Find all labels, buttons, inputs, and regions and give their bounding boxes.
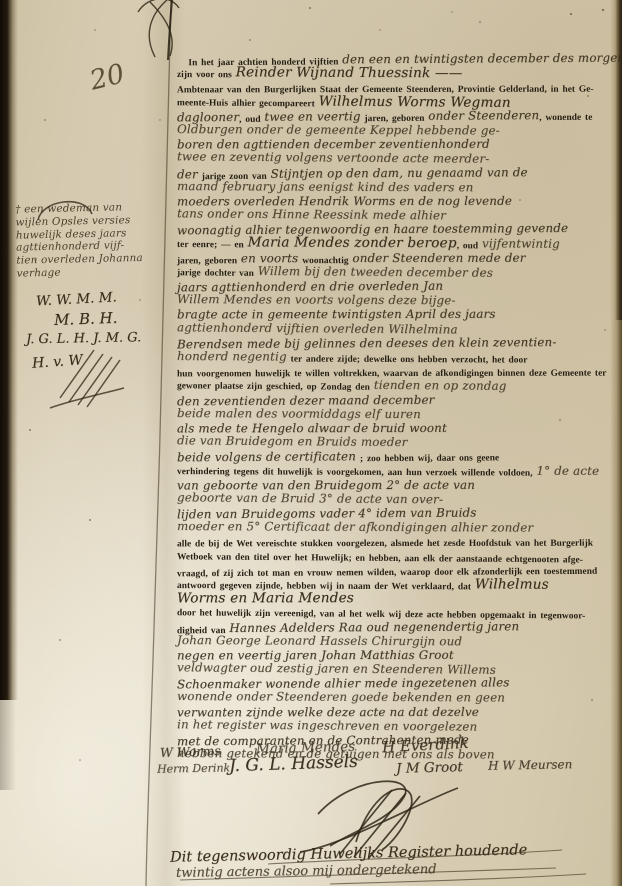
- binding-edge: [0, 0, 18, 700]
- page-right-edge-dark: [615, 0, 622, 320]
- handwritten-text: honderd negentig: [177, 349, 291, 363]
- signature: Herm Derink: [157, 761, 230, 775]
- handwritten-text: agttienhonderd vijftien overleden Wilhel…: [177, 320, 458, 336]
- folio-number: 20: [87, 58, 128, 96]
- act-line: maand february jans eenigst kind des vad…: [177, 178, 614, 194]
- act-line: alle de bij de Wet vereischte stukken vo…: [177, 533, 614, 548]
- handwritten-text: den een en twintigsten december des morg…: [342, 50, 622, 66]
- act-line: honderd negentig ter andere zijde; dewel…: [177, 348, 614, 364]
- document-page: 20 † een wedeman vanwijlen Opsles versie…: [0, 0, 622, 886]
- act-line: bragte acte in gemeente twintigsten Apri…: [177, 306, 614, 321]
- signature: J M Groot: [396, 759, 463, 777]
- act-lines: In het jaar achtien honderd vijftien den…: [177, 51, 614, 760]
- binding-edge-fade: [0, 700, 16, 790]
- closing-note-line2: twintig actens alsoo mij ondergetekend: [176, 862, 437, 881]
- handwritten-text: wonende onder Steenderen goede bekenden …: [177, 689, 505, 704]
- act-line: ter eenre; — en Maria Mendes zonder bero…: [177, 234, 614, 250]
- act-line: wonende onder Steenderen goede bekenden …: [177, 688, 614, 704]
- handwritten-text: die van Bruidegom en Bruids moeder: [177, 433, 408, 449]
- printed-text: meente-Huis alhier gecompareert: [177, 98, 319, 109]
- printed-text: jarige dochter van: [177, 268, 258, 279]
- printed-text: ter eenre; — en: [177, 240, 248, 250]
- act-line: verhindering tegens dit huwelijk is voor…: [177, 461, 614, 477]
- signature: W Worms: [160, 743, 221, 760]
- handwritten-text: twee en zeventig volgens vertoonde acte …: [177, 150, 489, 166]
- margin-annotation: † een wedeman vanwijlen Opsles versieshu…: [15, 200, 169, 280]
- handwritten-text: beide malen des voormiddags elf uuren: [177, 406, 421, 421]
- closing-note-line1: Dit tegenswoordig Huwelijks Register hou…: [170, 842, 527, 865]
- act-line: beide malen des voormiddags elf uuren: [177, 405, 614, 421]
- handwritten-text: onder Steenderen: [428, 108, 539, 123]
- printed-text: , wonende te: [539, 113, 592, 123]
- act-line: Oldburgen onder de gemeente Keppel hebbe…: [177, 121, 614, 137]
- handwritten-text: maand february jans eenigst kind des vad…: [177, 179, 474, 194]
- signature: J. G. L. Hassels: [229, 752, 358, 776]
- act-line: Ambtenaar van den Burgerlijken Staat der…: [177, 79, 614, 94]
- handwritten-text: onder Steenderen mede der: [352, 250, 525, 264]
- signature: H W Meursen: [488, 757, 573, 772]
- handwritten-text: geboorte van de Bruid 3° de acte van ove…: [177, 490, 443, 506]
- handwritten-text: Johan George Leonard Hassels Chirurgijn …: [177, 633, 462, 648]
- act-line: antwoord gegeven zijnde, hebben wij in n…: [177, 575, 614, 591]
- margin-initials: W. W. M. M.M. B. H.J. G. L. H. J. M. G.H…: [20, 288, 170, 370]
- act-line: Johan George Leonard Hassels Chirurgijn …: [177, 632, 614, 648]
